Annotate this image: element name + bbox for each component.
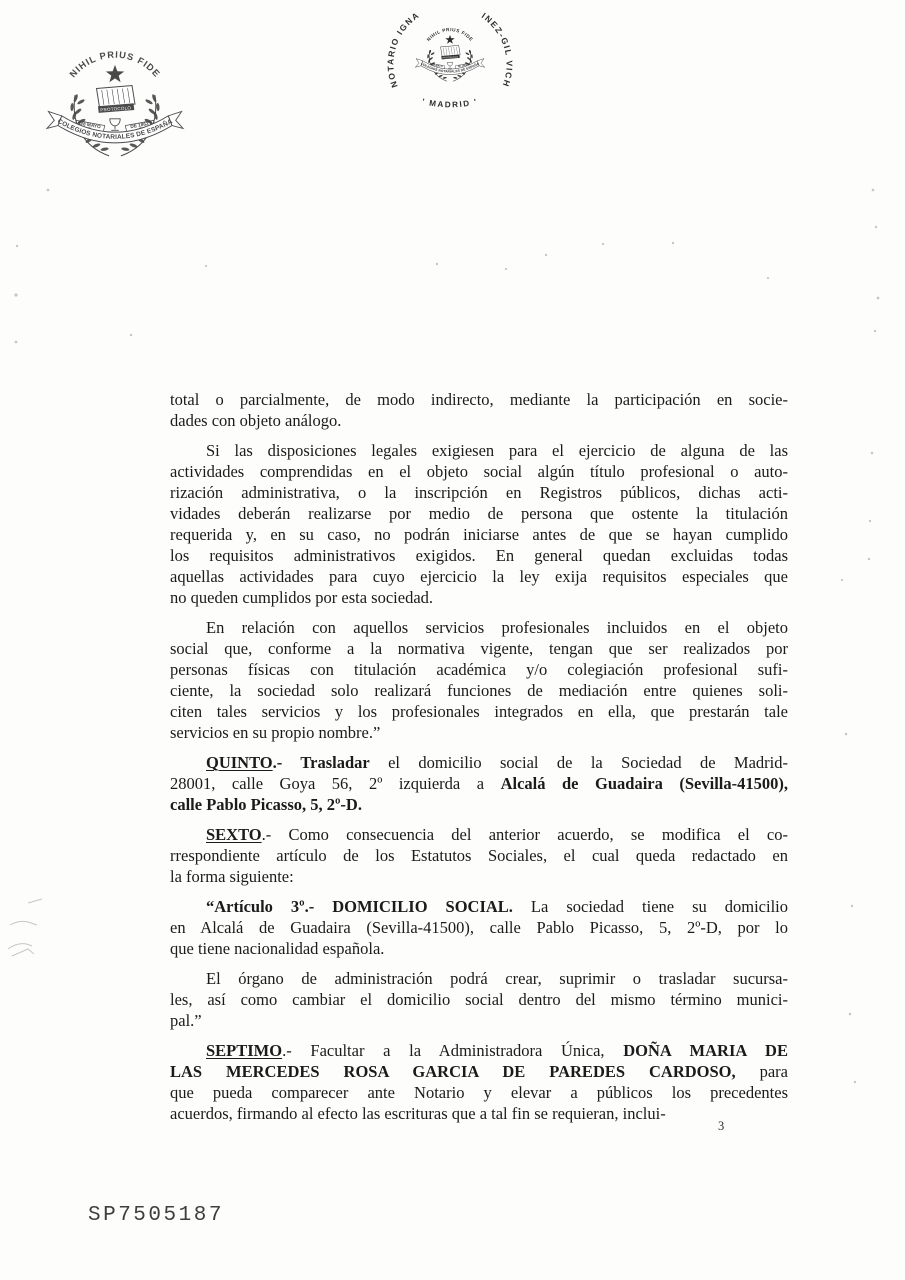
text-line: QUINTO.- Trasladar el domicilio social d… (170, 752, 788, 773)
text-line: actividades comprendidas en el objeto so… (170, 461, 788, 482)
text-line: no queden cumplidos por esta sociedad. (170, 587, 788, 608)
text-line: los requisitos administrativos exigidos.… (170, 545, 788, 566)
page-number: 3 (718, 1119, 724, 1134)
text-line: social que, conforme a la normativa vige… (170, 638, 788, 659)
text-line: citen tales servicios y los profesionale… (170, 701, 788, 722)
text-line: personas físicas con titulación académic… (170, 659, 788, 680)
text-line: la forma siguiente: (170, 866, 788, 887)
text-line: vidades deberán realizarse por medio de … (170, 503, 788, 524)
notary-stamp: NOTARIO IGNA INEZ-GIL VICH ' MADRID ' (384, 0, 516, 126)
margin-pencil-marks (4, 893, 54, 963)
paragraph: El órgano de administración podrá crear,… (170, 968, 788, 1031)
text-line: que pueda comparecer ante Notario y elev… (170, 1082, 788, 1103)
text-line: aquellas actividades para cuyo ejercicio… (170, 566, 788, 587)
paragraph: Si las disposiciones legales exigiesen p… (170, 440, 788, 608)
text-line: requerida y, en su caso, no podrán inici… (170, 524, 788, 545)
text-line: LAS MERCEDES ROSA GARCIA DE PAREDES CARD… (170, 1061, 788, 1082)
text-line: total o parcialmente, de modo indirecto,… (170, 389, 788, 410)
text-line: en Alcalá de Guadaira (Sevilla-41500), c… (170, 917, 788, 938)
text-line: “Artículo 3º.- DOMICILIO SOCIAL. La soci… (170, 896, 788, 917)
paragraph: En relación con aquellos servicios profe… (170, 617, 788, 743)
text-line: que tiene nacionalidad española. (170, 938, 788, 959)
stamp-ring-left-text: NOTARIO IGNA (385, 10, 421, 90)
text-line: ciente, la sociedad solo realizará funci… (170, 680, 788, 701)
text-line: 28001, calle Goya 56, 2º izquierda a Alc… (170, 773, 788, 794)
stamp-city-text: ' MADRID ' (421, 97, 479, 109)
text-line: SEPTIMO.- Facultar a la Administradora Ú… (170, 1040, 788, 1061)
paragraph: SEPTIMO.- Facultar a la Administradora Ú… (170, 1040, 788, 1124)
text-line: servicios en su propio nombre.” (170, 722, 788, 743)
text-line: El órgano de administración podrá crear,… (170, 968, 788, 989)
paragraph: “Artículo 3º.- DOMICILIO SOCIAL. La soci… (170, 896, 788, 959)
text-line: Si las disposiciones legales exigiesen p… (170, 440, 788, 461)
document-body: total o parcialmente, de modo indirecto,… (170, 389, 788, 1124)
text-line: pal.” (170, 1010, 788, 1031)
stamp-ring-right-text: INEZ-GIL VICH (480, 11, 515, 90)
text-line: En relación con aquellos servicios profe… (170, 617, 788, 638)
text-line: rrespondiente artículo de los Estatutos … (170, 845, 788, 866)
text-line: dades con objeto análogo. (170, 410, 788, 431)
paragraph: SEXTO.- Como consecuencia del anterior a… (170, 824, 788, 887)
text-line: calle Pablo Picasso, 5, 2º-D. (170, 794, 788, 815)
serial-number: SP7505187 (88, 1204, 224, 1227)
text-line: rización administrativa, o la inscripció… (170, 482, 788, 503)
scanned-page: NIHIL PRIUS FIDE PROTOCOLO 28 MAYO (0, 0, 905, 1280)
text-line: acuerdos, firmando al efecto las escritu… (170, 1103, 788, 1124)
paragraph: QUINTO.- Trasladar el domicilio social d… (170, 752, 788, 815)
text-line: SEXTO.- Como consecuencia del anterior a… (170, 824, 788, 845)
colegios-notariales-seal (41, 30, 189, 167)
text-line: les, así como cambiar el domicilio socia… (170, 989, 788, 1010)
paragraph: total o parcialmente, de modo indirecto,… (170, 389, 788, 431)
